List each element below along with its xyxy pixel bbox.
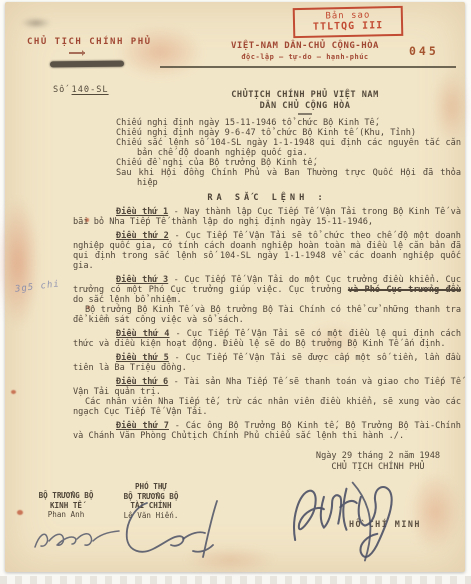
president-title: CHỦ TỊCH CHÍNH PHỦ (293, 462, 463, 473)
article-separator: - (168, 207, 184, 217)
preamble: Chiếu nghị định ngày 15-11-1946 tổ chức … (73, 118, 461, 188)
document-number: Số 140-SL (53, 85, 109, 95)
red-ink-mark (17, 510, 23, 515)
article-text: do sắc lệnh bổ nhiệm. (73, 295, 182, 305)
decree-heading: RA SẮC LỆNH : (73, 193, 461, 203)
closing-block: Ngày 29 tháng 2 năm 1948 CHỦ TỊCH CHÍNH … (293, 451, 463, 472)
preamble-line: Chiếu đề nghị của Bộ trưởng Bộ Kinh tế, (116, 158, 461, 168)
countersign-label: PHÓ THỰ (105, 482, 197, 492)
article-label: Điều thứ 6 (116, 377, 168, 387)
ho-chi-minh-signature (289, 476, 407, 564)
article-separator: - (168, 275, 184, 285)
document-number-label: Số (53, 85, 65, 95)
stamp-line2: TTLTQG III (299, 20, 397, 33)
scanned-decree-page: Bản sao TTLTQG III CHỦ TỊCH CHÍNH PHỦ Số… (0, 0, 471, 584)
stain (409, 472, 461, 552)
article-continuation: Các nhân viên Nha Tiếp tế, trừ các nhân … (73, 397, 461, 417)
signatory-name: Phan Anh (25, 510, 107, 520)
article-4: Điều thứ 4 - Cục Tiếp Tế Vận Tải sẽ có m… (73, 329, 461, 349)
article-label: Điều thứ 5 (116, 353, 169, 363)
article-label: Điều thứ 4 (116, 329, 169, 339)
header-rule (160, 66, 456, 68)
signatory-economy: BỘ TRƯỞNG BỘ KINH TẾ Phan Anh (25, 491, 107, 520)
document-number-value: 140-SL (72, 85, 109, 95)
article-label: Điều thứ 1 (116, 207, 168, 217)
document-title: CHỦTỊCH CHÍNH PHỦ VIỆT NAM DÂN CHỦ CỘNG … (155, 90, 455, 115)
le-van-hien-signature (119, 494, 224, 568)
article-6: Điều thứ 6 - Tài sản Nha Tiếp Tế sẽ than… (73, 377, 461, 417)
handwritten-margin-note: 3g5 chi (15, 279, 61, 294)
article-label: Điều thứ 3 (116, 275, 168, 285)
document-paper: Bản sao TTLTQG III CHỦ TỊCH CHÍNH PHỦ Số… (5, 2, 465, 572)
article-separator: - (169, 329, 186, 339)
stain (0, 198, 39, 328)
ink-speck (11, 390, 16, 394)
decree-body: Chiếu nghị định ngày 15-11-1946 tổ chức … (73, 118, 461, 441)
article-3: Điều thứ 3 - Cục Tiếp Tế Vận Tải do một … (73, 275, 461, 325)
arrow-mark-icon (69, 52, 85, 54)
document-title-line2: DÂN CHỦ CỘNG HÒA (155, 101, 455, 112)
signatory-title-line: KINH TẾ (25, 501, 107, 511)
preamble-line: Sau khi Hội đồng Chính Phủ và Ban Thường… (116, 168, 461, 188)
signatory-title-line: BỘ TRƯỞNG BỘ (25, 491, 107, 501)
article-5: Điều thứ 5 - Cục Tiếp Tế Vận Tải sẽ được… (73, 353, 461, 373)
article-separator: - (169, 231, 186, 241)
article-2: Điều thứ 2 - Cục Tiếp Tế Vận Tải sẽ tổ c… (73, 231, 461, 271)
article-label: Điều thứ 7 (116, 421, 169, 431)
scan-bottom-edge (0, 576, 471, 584)
pencil-smudge (21, 18, 51, 28)
article-separator: - (169, 421, 186, 431)
phan-anh-signature (31, 524, 123, 554)
archive-page-number: 045 (409, 44, 439, 58)
article-separator: - (168, 377, 184, 387)
document-title-line1: CHỦTỊCH CHÍNH PHỦ VIỆT NAM (155, 90, 455, 101)
article-label: Điều thứ 2 (116, 231, 169, 241)
issuing-office-title: CHỦ TỊCH CHÍNH PHỦ (27, 37, 152, 47)
preamble-line: Chiếu sắc lệnh số 104-SL ngày 1-1-1948 q… (116, 138, 461, 158)
article-struck-text: và Phó Cục trưởng đều (348, 285, 461, 295)
preamble-line: Chiếu nghị định ngày 15-11-1946 tổ chức … (116, 118, 461, 128)
closing-date: Ngày 29 tháng 2 năm 1948 (293, 451, 463, 462)
title-dash (298, 113, 312, 115)
stain (117, 26, 203, 78)
ink-underline-bar (50, 61, 124, 68)
preamble-line: Chiếu nghị định ngày 9-6-47 tổ chức Bộ K… (116, 128, 461, 138)
article-1: Điều thứ 1 - Nay thành lập Cục Tiếp Tế V… (73, 207, 461, 227)
article-7: Điều thứ 7 - Các ông Bộ Trưởng Bộ Kinh t… (73, 421, 461, 441)
article-continuation: Bộ trưởng Bộ Kinh Tế và Bộ trưởng Bộ Tài… (73, 305, 461, 325)
archive-copy-stamp: Bản sao TTLTQG III (293, 6, 404, 38)
article-separator: - (169, 353, 186, 363)
